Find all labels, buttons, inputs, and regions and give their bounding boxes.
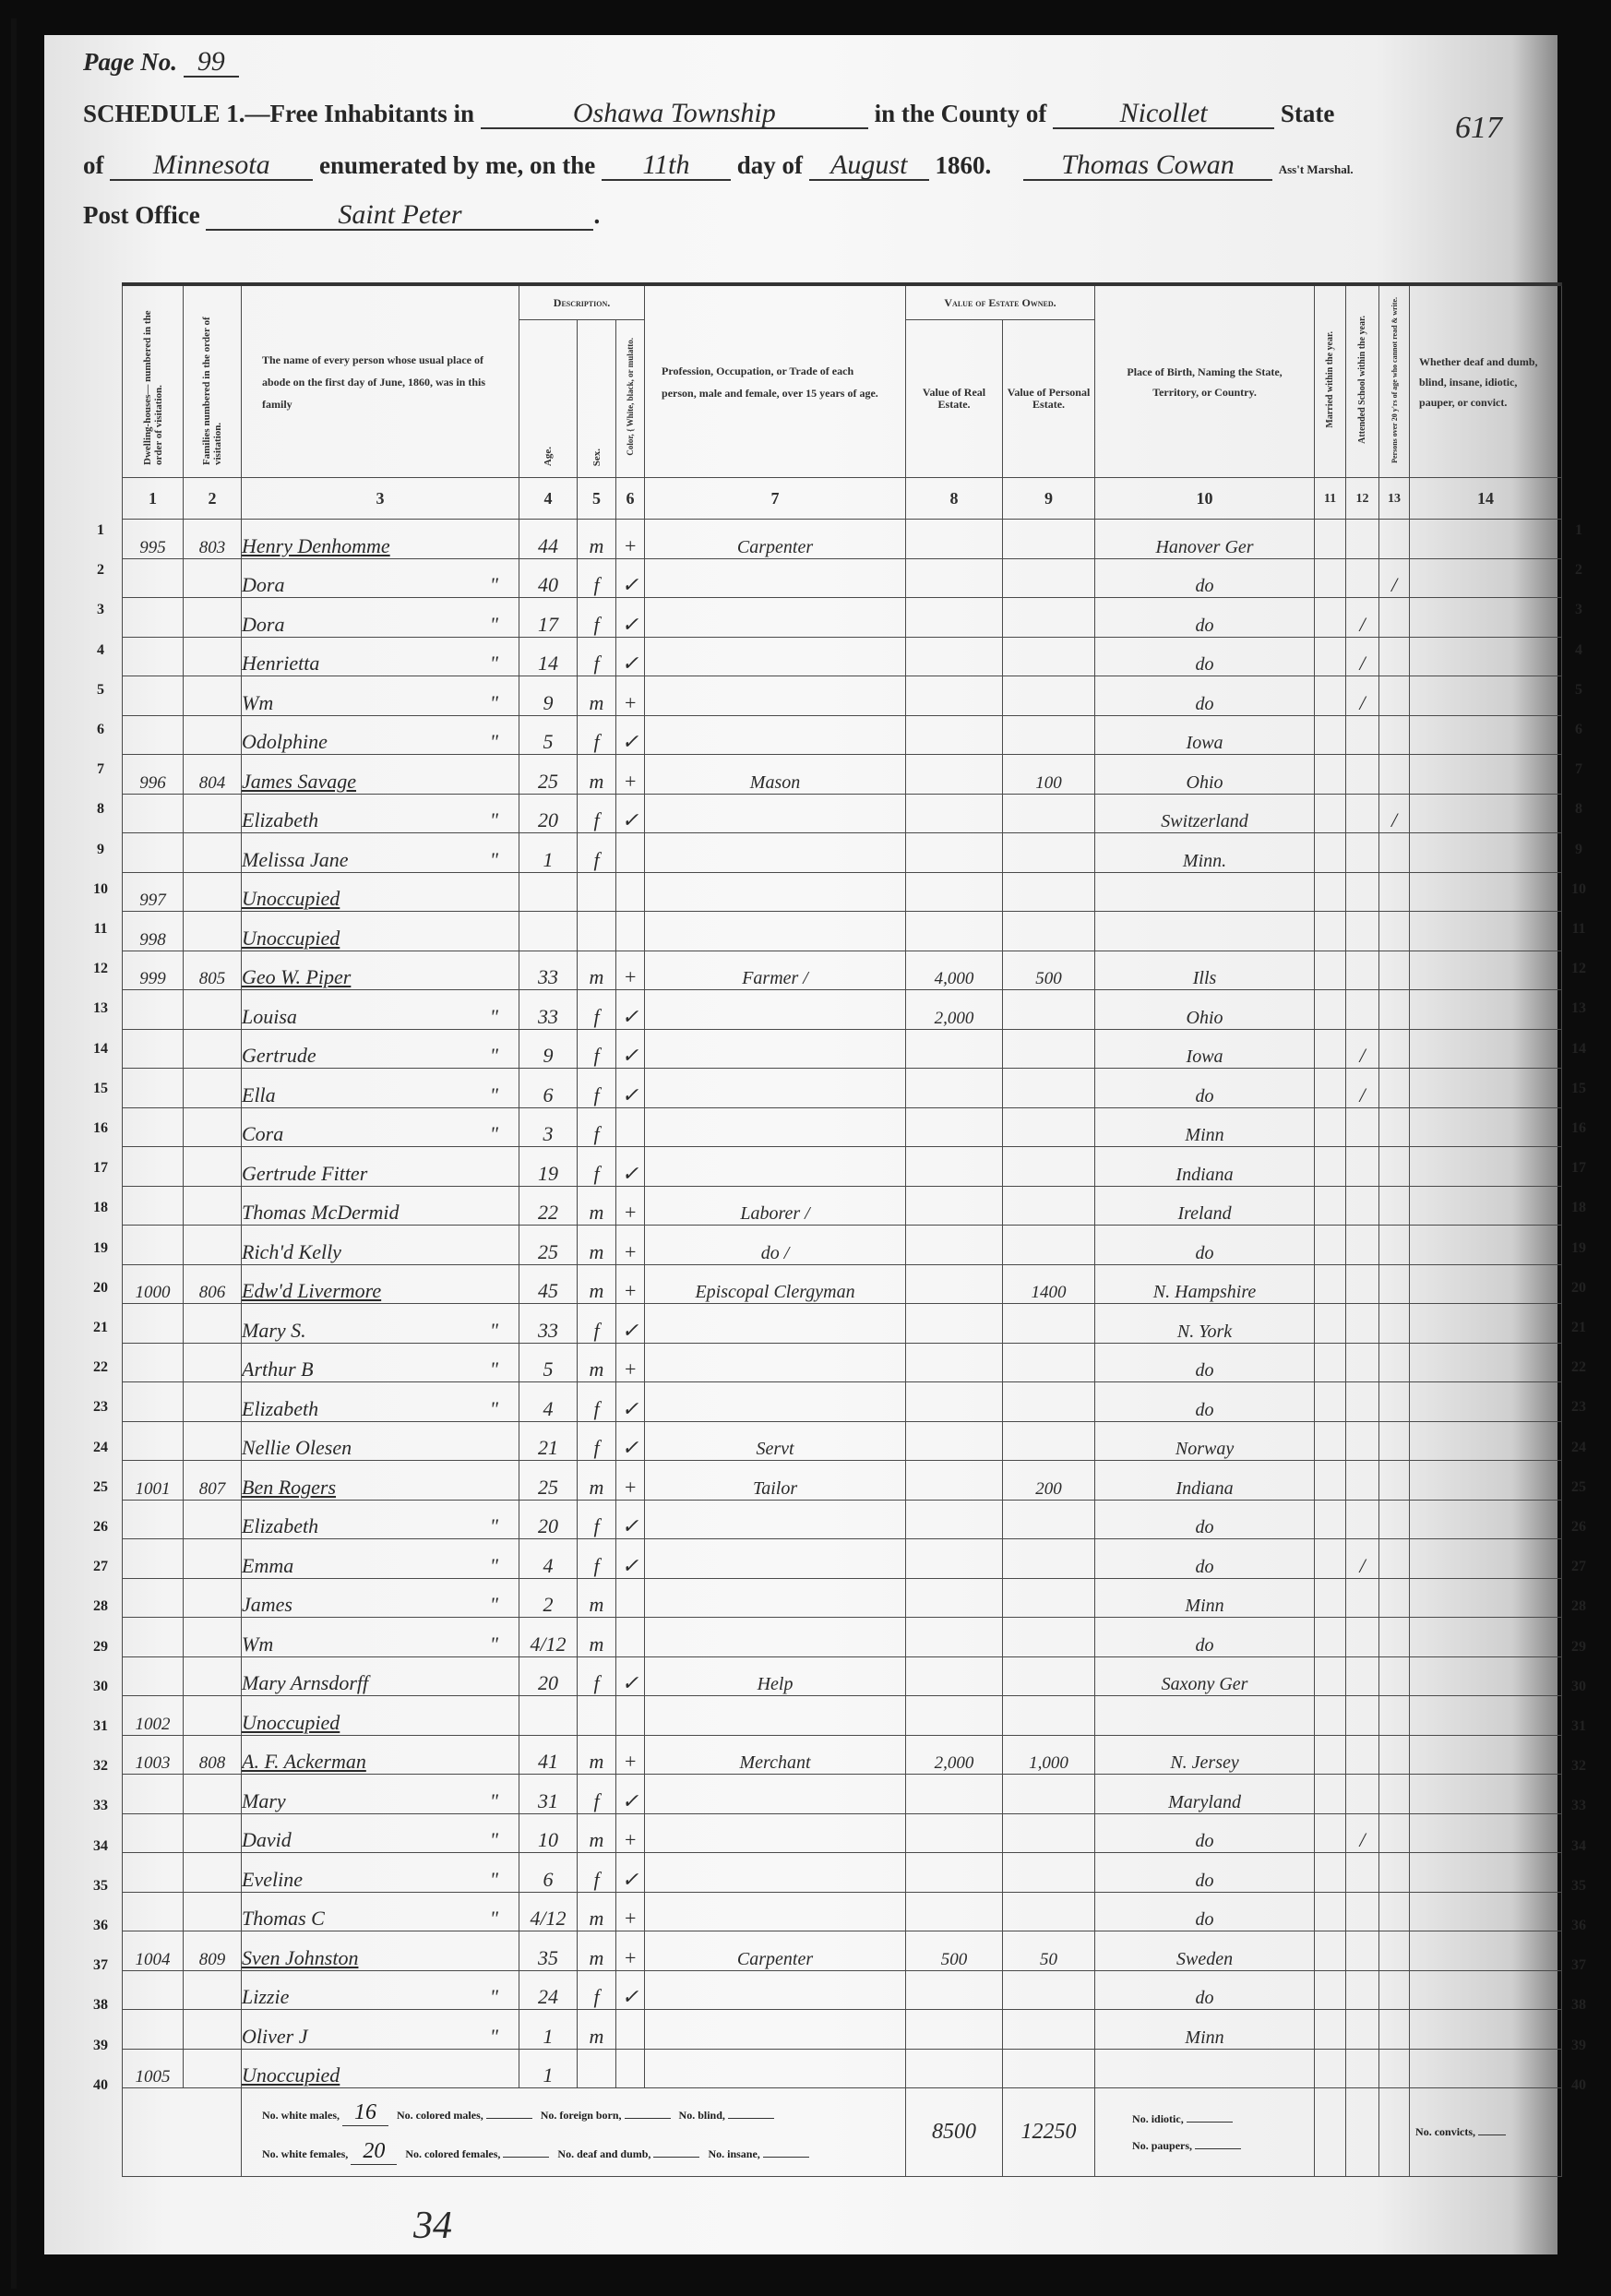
attended-school	[1346, 715, 1379, 755]
person-name-text: Unoccupied	[242, 1711, 340, 1734]
occupation	[645, 1069, 906, 1108]
disability	[1410, 872, 1562, 912]
occupation	[645, 2049, 906, 2088]
line-number: 7	[87, 761, 114, 778]
birthplace: do	[1095, 1343, 1315, 1382]
line-number: 2	[87, 562, 114, 579]
family-number	[184, 1421, 242, 1461]
occupation	[645, 1382, 906, 1422]
line-number: 38	[87, 1997, 114, 2014]
age: 3	[519, 1107, 578, 1147]
personal-estate-value	[1003, 1853, 1095, 1893]
table-row: David"10m+do/	[123, 1813, 1562, 1853]
dwelling-number	[123, 676, 184, 716]
table-row: Elizabeth"20f✓Switzerland/	[123, 794, 1562, 833]
real-estate-value	[906, 1186, 1003, 1226]
line-number: 39	[87, 2038, 114, 2054]
dwelling-number	[123, 1107, 184, 1147]
disability	[1410, 1421, 1562, 1461]
age: 33	[519, 1304, 578, 1344]
occupation	[645, 833, 906, 873]
family-number	[184, 794, 242, 833]
real-estate-value	[906, 1029, 1003, 1069]
married-within-year	[1315, 1892, 1346, 1931]
person-name: James"	[242, 1578, 519, 1618]
age	[519, 872, 578, 912]
color: +	[616, 1735, 645, 1775]
age: 20	[519, 794, 578, 833]
line-number: 11	[87, 921, 114, 938]
cannot-read-write	[1379, 1735, 1410, 1775]
family-number	[184, 1147, 242, 1187]
cannot-read-write	[1379, 1656, 1410, 1696]
person-name: Henry Denhomme	[242, 520, 519, 559]
line-number: 35	[1565, 1878, 1593, 1895]
occupation	[645, 1696, 906, 1736]
married-within-year	[1315, 1029, 1346, 1069]
state-field: Minnesota	[110, 151, 313, 181]
line-number: 3	[87, 602, 114, 618]
real-estate-value	[906, 1970, 1003, 2010]
family-number	[184, 558, 242, 598]
birthplace: do	[1095, 1813, 1315, 1853]
color	[616, 2010, 645, 2050]
line-number: 10	[1565, 881, 1593, 898]
occupation: Tailor	[645, 1461, 906, 1501]
person-name-text: Elizabeth	[242, 1514, 318, 1537]
color: +	[616, 1813, 645, 1853]
person-name: Edw'd Livermore	[242, 1264, 519, 1304]
col-num: 7	[645, 478, 906, 520]
family-number	[184, 833, 242, 873]
sex: m	[578, 1813, 616, 1853]
family-number	[184, 1775, 242, 1814]
dwelling-number	[123, 1892, 184, 1931]
dwelling-number	[123, 1029, 184, 1069]
post-office-label: Post Office	[83, 201, 200, 229]
birthplace: Indiana	[1095, 1147, 1315, 1187]
personal-estate-value	[1003, 833, 1095, 873]
birthplace: do	[1095, 1382, 1315, 1422]
table-row: 1000806Edw'd Livermore45m+Episcopal Cler…	[123, 1264, 1562, 1304]
cannot-read-write	[1379, 1029, 1410, 1069]
ditto-mark: "	[490, 691, 498, 715]
dwelling-number	[123, 1186, 184, 1226]
sex: m	[578, 951, 616, 990]
cannot-read-write	[1379, 755, 1410, 795]
attended-school	[1346, 912, 1379, 951]
personal-estate-value	[1003, 2049, 1095, 2088]
description-group-header: Description.	[519, 284, 645, 320]
line-number: 40	[87, 2077, 114, 2094]
family-number	[184, 1029, 242, 1069]
married-within-year	[1315, 1578, 1346, 1618]
line-number: 14	[1565, 1041, 1593, 1058]
occupation: Servt	[645, 1421, 906, 1461]
color: ✓	[616, 558, 645, 598]
dwelling-number	[123, 1539, 184, 1579]
sex: m	[578, 1618, 616, 1657]
occupation	[645, 1892, 906, 1931]
color	[616, 1618, 645, 1657]
sex: m	[578, 1931, 616, 1971]
married-within-year	[1315, 1069, 1346, 1108]
dwelling-number	[123, 558, 184, 598]
real-estate-value	[906, 1147, 1003, 1187]
state-label: State	[1281, 100, 1334, 127]
disability	[1410, 2049, 1562, 2088]
family-number: 809	[184, 1931, 242, 1971]
real-estate-value	[906, 1264, 1003, 1304]
person-name: Wm"	[242, 676, 519, 716]
family-number	[184, 2010, 242, 2050]
line-number: 34	[87, 1838, 114, 1855]
age: 1	[519, 833, 578, 873]
sex: f	[578, 1107, 616, 1147]
ditto-mark: "	[490, 652, 498, 676]
line-number: 32	[87, 1758, 114, 1775]
personal-estate-value: 500	[1003, 951, 1095, 990]
line-number: 5	[1565, 682, 1593, 699]
color: ✓	[616, 1382, 645, 1422]
married-within-year	[1315, 1539, 1346, 1579]
line-number: 20	[87, 1280, 114, 1297]
person-name: Emma"	[242, 1539, 519, 1579]
person-name: Unoccupied	[242, 1696, 519, 1736]
personal-estate-value	[1003, 1656, 1095, 1696]
color	[616, 872, 645, 912]
line-number: 23	[1565, 1399, 1593, 1416]
table-row: 997Unoccupied	[123, 872, 1562, 912]
cannot-read-write	[1379, 520, 1410, 559]
color: ✓	[616, 1421, 645, 1461]
dwelling-number	[123, 715, 184, 755]
dwelling-number: 1001	[123, 1461, 184, 1501]
ditto-mark: "	[490, 1593, 498, 1617]
cannot-read-write: /	[1379, 558, 1410, 598]
attended-school	[1346, 520, 1379, 559]
family-number	[184, 1578, 242, 1618]
family-number: 803	[184, 520, 242, 559]
person-name-text: Mary	[242, 1789, 286, 1812]
cannot-read-write	[1379, 1539, 1410, 1579]
township-field: Oshawa Township	[481, 100, 868, 129]
line-number: 12	[1565, 961, 1593, 977]
dwelling-number: 1002	[123, 1696, 184, 1736]
color: +	[616, 755, 645, 795]
family-number: 806	[184, 1264, 242, 1304]
married-within-year	[1315, 1147, 1346, 1187]
family-number: 807	[184, 1461, 242, 1501]
age: 21	[519, 1421, 578, 1461]
col-num: 4	[519, 478, 578, 520]
person-name: Thomas C"	[242, 1892, 519, 1931]
ditto-mark: "	[490, 808, 498, 832]
person-name-text: Melissa Jane	[242, 848, 348, 871]
cannot-read-write	[1379, 1461, 1410, 1501]
line-number: 1	[87, 522, 114, 539]
line-number: 22	[87, 1359, 114, 1376]
person-name: A. F. Ackerman	[242, 1735, 519, 1775]
real-estate-value	[906, 1775, 1003, 1814]
married-within-year	[1315, 558, 1346, 598]
attended-school	[1346, 872, 1379, 912]
personal-estate-value	[1003, 1304, 1095, 1344]
table-row: Arthur B"5m+do	[123, 1343, 1562, 1382]
person-name: Rich'd Kelly	[242, 1226, 519, 1265]
attended-school	[1346, 1461, 1379, 1501]
personal-estate-value: 200	[1003, 1461, 1095, 1501]
married-within-year	[1315, 1696, 1346, 1736]
birthplace: do	[1095, 1539, 1315, 1579]
cannot-read-write	[1379, 872, 1410, 912]
line-number: 31	[87, 1718, 114, 1735]
attended-school	[1346, 1578, 1379, 1618]
color	[616, 1107, 645, 1147]
married-within-year	[1315, 1421, 1346, 1461]
line-number: 26	[87, 1519, 114, 1536]
dwelling-number: 998	[123, 912, 184, 951]
col-birthplace-header: Place of Birth, Naming the State, Territ…	[1095, 284, 1315, 478]
color: +	[616, 1892, 645, 1931]
dwelling-number: 997	[123, 872, 184, 912]
attended-school: /	[1346, 676, 1379, 716]
birthplace: N. York	[1095, 1304, 1315, 1344]
line-number: 33	[87, 1798, 114, 1814]
age	[519, 1696, 578, 1736]
sex: m	[578, 1578, 616, 1618]
person-name: Thomas McDermid	[242, 1186, 519, 1226]
married-within-year	[1315, 1107, 1346, 1147]
personal-estate-value	[1003, 1382, 1095, 1422]
family-number	[184, 872, 242, 912]
attended-school	[1346, 2010, 1379, 2050]
cannot-read-write	[1379, 912, 1410, 951]
person-name: Eveline"	[242, 1853, 519, 1893]
real-estate-value	[906, 1226, 1003, 1265]
occupation: Help	[645, 1656, 906, 1696]
age: 33	[519, 990, 578, 1030]
real-estate-value	[906, 1853, 1003, 1893]
person-name: Cora"	[242, 1107, 519, 1147]
family-number	[184, 1656, 242, 1696]
age: 6	[519, 1853, 578, 1893]
ditto-mark: "	[490, 1828, 498, 1852]
line-number: 13	[87, 1000, 114, 1017]
married-within-year	[1315, 1735, 1346, 1775]
occupation: Merchant	[645, 1735, 906, 1775]
person-name-text: Gertrude Fitter	[242, 1162, 367, 1185]
table-row: Eveline"6f✓do	[123, 1853, 1562, 1893]
occupation	[645, 1970, 906, 2010]
person-name-text: Nellie Olesen	[242, 1436, 352, 1459]
dwelling-number: 996	[123, 755, 184, 795]
disability	[1410, 912, 1562, 951]
line-number: 36	[1565, 1918, 1593, 1934]
attended-school	[1346, 1696, 1379, 1736]
disability	[1410, 1656, 1562, 1696]
disability	[1410, 2010, 1562, 2050]
real-estate-value	[906, 755, 1003, 795]
person-name: James Savage	[242, 755, 519, 795]
dwelling-number	[123, 1343, 184, 1382]
personal-estate-value	[1003, 1343, 1095, 1382]
line-number: 34	[1565, 1838, 1593, 1855]
attended-school	[1346, 2049, 1379, 2088]
col-num: 6	[616, 478, 645, 520]
col-sex-header: Sex.	[578, 320, 616, 478]
col-school-header: Attended School within the year.	[1346, 284, 1379, 478]
occupation	[645, 1500, 906, 1539]
person-name: Elizabeth"	[242, 1500, 519, 1539]
family-number	[184, 1970, 242, 2010]
total-real-estate: 8500	[906, 2088, 1003, 2177]
cannot-read-write	[1379, 1813, 1410, 1853]
occupation	[645, 676, 906, 716]
person-name: Unoccupied	[242, 912, 519, 951]
line-number: 29	[1565, 1639, 1593, 1656]
age: 22	[519, 1186, 578, 1226]
color: ✓	[616, 1069, 645, 1108]
color: ✓	[616, 1304, 645, 1344]
table-row: Melissa Jane"1fMinn.	[123, 833, 1562, 873]
birthplace: Minn.	[1095, 833, 1315, 873]
line-number: 35	[87, 1878, 114, 1895]
col-family-header: Families numbered in the order of visita…	[184, 284, 242, 478]
age: 17	[519, 598, 578, 638]
disability	[1410, 676, 1562, 716]
personal-estate-value	[1003, 598, 1095, 638]
line-number: 37	[87, 1957, 114, 1974]
person-name: Arthur B"	[242, 1343, 519, 1382]
family-number: 804	[184, 755, 242, 795]
married-within-year	[1315, 1343, 1346, 1382]
occupation	[645, 1343, 906, 1382]
table-row: James"2mMinn	[123, 1578, 1562, 1618]
ditto-mark: "	[490, 1319, 498, 1343]
white-males-count: 16	[342, 2100, 388, 2126]
disability	[1410, 1343, 1562, 1382]
personal-estate-value	[1003, 1618, 1095, 1657]
table-row: Gertrude Fitter19f✓Indiana	[123, 1147, 1562, 1187]
disability	[1410, 598, 1562, 638]
real-estate-value	[906, 1069, 1003, 1108]
line-number: 21	[1565, 1320, 1593, 1336]
age: 2	[519, 1578, 578, 1618]
attended-school	[1346, 1421, 1379, 1461]
cannot-read-write	[1379, 1892, 1410, 1931]
family-number: 805	[184, 951, 242, 990]
person-name-text: Unoccupied	[242, 887, 340, 910]
person-name: David"	[242, 1813, 519, 1853]
family-number	[184, 2049, 242, 2088]
personal-estate-value	[1003, 1147, 1095, 1187]
personal-estate-value: 50	[1003, 1931, 1095, 1971]
table-row: Henrietta"14f✓do/	[123, 637, 1562, 676]
person-name-text: Ella	[242, 1083, 276, 1106]
cannot-read-write	[1379, 2010, 1410, 2050]
occupation: Farmer /	[645, 951, 906, 990]
birthplace: Iowa	[1095, 715, 1315, 755]
person-name: Unoccupied	[242, 872, 519, 912]
line-number: 25	[1565, 1479, 1593, 1496]
person-name: Henrietta"	[242, 637, 519, 676]
col-illiterate-header: Persons over 20 y'rs of age who cannot r…	[1379, 284, 1410, 478]
color: ✓	[616, 794, 645, 833]
line-number: 19	[87, 1240, 114, 1257]
color: ✓	[616, 1853, 645, 1893]
person-name-text: Unoccupied	[242, 2063, 340, 2087]
year-label: 1860.	[935, 151, 991, 179]
col-num: 8	[906, 478, 1003, 520]
person-name-text: A. F. Ackerman	[242, 1750, 366, 1773]
attended-school	[1346, 1735, 1379, 1775]
birthplace: Ills	[1095, 951, 1315, 990]
dwelling-number	[123, 1775, 184, 1814]
family-number	[184, 1696, 242, 1736]
table-row: 1003808A. F. Ackerman41m+Merchant2,0001,…	[123, 1735, 1562, 1775]
occupation: Carpenter	[645, 1931, 906, 1971]
col-married-header: Married within the year.	[1315, 284, 1346, 478]
real-estate-value	[906, 1421, 1003, 1461]
col-num: 2	[184, 478, 242, 520]
disability	[1410, 1107, 1562, 1147]
person-name: Geo W. Piper	[242, 951, 519, 990]
sex: f	[578, 1539, 616, 1579]
occupation	[645, 1539, 906, 1579]
table-row: Lizzie"24f✓do	[123, 1970, 1562, 2010]
color: +	[616, 1264, 645, 1304]
disability	[1410, 558, 1562, 598]
person-name: Nellie Olesen	[242, 1421, 519, 1461]
age: 40	[519, 558, 578, 598]
sex: f	[578, 598, 616, 638]
col-disability-header: Whether deaf and dumb, blind, insane, id…	[1410, 284, 1562, 478]
birthplace: Indiana	[1095, 1461, 1315, 1501]
sex: f	[578, 794, 616, 833]
cannot-read-write	[1379, 1696, 1410, 1736]
disability	[1410, 1735, 1562, 1775]
person-name-text: Elizabeth	[242, 808, 318, 831]
attended-school	[1346, 1500, 1379, 1539]
table-row: Mary S."33f✓N. York	[123, 1304, 1562, 1344]
person-name: Dora"	[242, 558, 519, 598]
attended-school	[1346, 1147, 1379, 1187]
cannot-read-write	[1379, 1382, 1410, 1422]
birthplace	[1095, 912, 1315, 951]
ditto-mark: "	[490, 613, 498, 637]
cannot-read-write	[1379, 1421, 1410, 1461]
color: ✓	[616, 1500, 645, 1539]
birthplace: do	[1095, 1853, 1315, 1893]
table-row: Gertrude"9f✓Iowa/	[123, 1029, 1562, 1069]
person-name-text: James Savage	[242, 770, 356, 793]
dwelling-number	[123, 1500, 184, 1539]
attended-school	[1346, 1382, 1379, 1422]
age: 1	[519, 2049, 578, 2088]
attended-school: /	[1346, 1029, 1379, 1069]
schedule-label: SCHEDULE 1.—Free Inhabitants in	[83, 100, 474, 127]
disability	[1410, 794, 1562, 833]
married-within-year	[1315, 1970, 1346, 2010]
dwelling-number	[123, 598, 184, 638]
real-estate-value	[906, 1304, 1003, 1344]
attended-school: /	[1346, 1539, 1379, 1579]
occupation: Episcopal Clergyman	[645, 1264, 906, 1304]
person-name-text: Henry Denhomme	[242, 534, 390, 557]
person-name: Mary Arnsdorff	[242, 1656, 519, 1696]
color: ✓	[616, 1539, 645, 1579]
